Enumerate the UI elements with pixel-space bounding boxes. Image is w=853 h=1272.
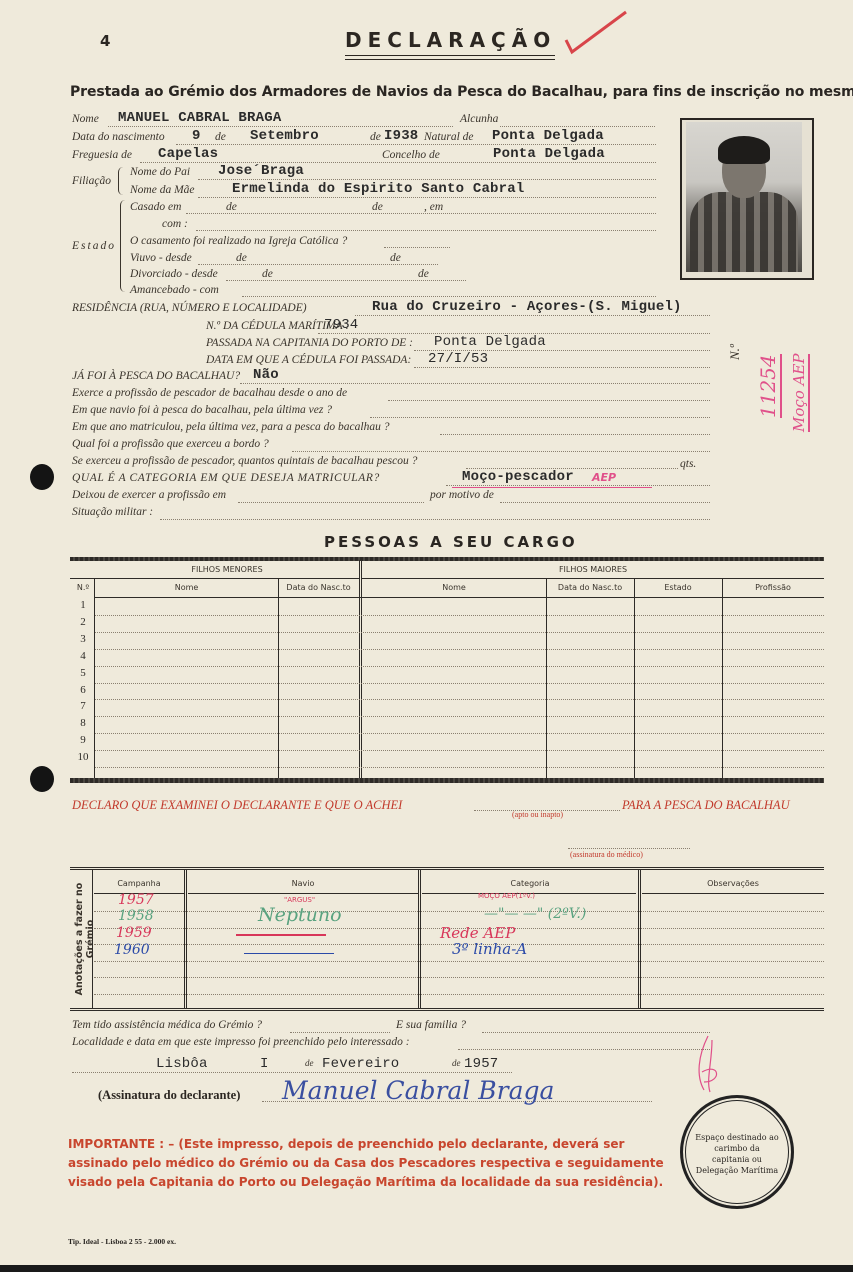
table-row[interactable] [95, 683, 824, 684]
freguesia-label: Freguesia de [72, 149, 132, 161]
nascimento-mes[interactable]: Setembro [250, 128, 319, 144]
assistencia-label: Tem tido assistência médica do Grémio ? [72, 1019, 262, 1031]
navio-cell: "ARGUS" [284, 896, 315, 904]
cedula-field[interactable]: 7934 [324, 317, 358, 333]
table-row[interactable] [95, 716, 824, 717]
mes-field[interactable]: Fevereiro [322, 1056, 399, 1072]
col-header: Navio [188, 879, 418, 888]
punch-hole [30, 464, 54, 490]
row-number: 5 [72, 667, 94, 679]
de-label: de [262, 268, 273, 280]
row-number: 7 [72, 700, 94, 712]
exerce-field[interactable] [388, 400, 710, 401]
ano-field[interactable] [440, 434, 710, 435]
com-label: com : [162, 218, 188, 230]
medico-signature-field[interactable] [568, 848, 690, 849]
col-header: Data do Nasc.to [278, 583, 359, 592]
capitania-field[interactable]: Ponta Delgada [434, 334, 546, 350]
de-label: de [236, 252, 247, 264]
declarant-signature: Manuel Cabral Braga [282, 1076, 554, 1105]
col-header: Profissão [722, 583, 824, 592]
quintais-unit: qts. [680, 458, 696, 470]
estado-label: Estado [72, 240, 116, 252]
alcunha-field[interactable] [500, 126, 655, 127]
divorciado-field[interactable] [226, 280, 466, 281]
igreja-field[interactable] [384, 247, 450, 248]
de-label: de [452, 1058, 461, 1068]
categoria-text: MOÇO AEP(1ºV.) [478, 892, 535, 900]
militar-field[interactable] [160, 519, 710, 520]
ano-label: Em que ano matriculou, pela última vez, … [72, 421, 390, 433]
amancebado-label: Amancebado - com [130, 284, 219, 296]
de-label: de [372, 201, 383, 213]
localidade-field[interactable]: Lisbôa [156, 1056, 208, 1072]
categoria-cell: —"— —" (2ºV.) [484, 906, 586, 922]
categoria-field[interactable]: Moço-pescador [462, 469, 574, 485]
familia-label: E sua familia ? [396, 1019, 466, 1031]
pai-label: Nome do Pai [130, 166, 190, 178]
menores-header: FILHOS MENORES [95, 565, 359, 574]
viuvo-field[interactable] [198, 264, 438, 265]
concelho-field[interactable]: Ponta Delgada [493, 146, 605, 162]
stamp-text: Espaço destinado ao carimbo da capitania… [695, 1132, 779, 1176]
page-number: 4 [100, 32, 110, 50]
navio-label: Em que navio foi à pesca do bacalhau, pe… [72, 404, 332, 416]
alcunha-label: Alcunha [460, 113, 498, 125]
ditto-line [244, 953, 334, 954]
dia-field[interactable]: I [260, 1056, 269, 1072]
assistencia-field[interactable] [290, 1032, 390, 1033]
familia-field[interactable] [482, 1032, 710, 1033]
numero-label: N.º [727, 344, 742, 360]
table-row[interactable] [95, 750, 824, 751]
concelho-label: Concelho de [382, 149, 440, 161]
categoria-cell: 3º linha-A [452, 940, 527, 958]
row-number: 9 [72, 734, 94, 746]
de-label: de [418, 268, 429, 280]
profissao-field[interactable] [292, 451, 710, 452]
com-field[interactable] [196, 230, 656, 231]
data-cedula-label: DATA EM QUE A CÉDULA FOI PASSADA: [206, 354, 411, 366]
col-header: N.º [72, 583, 94, 592]
importante-note: IMPORTANTE : – (Este impresso, depois de… [68, 1135, 688, 1192]
nome-field[interactable]: MANUEL CABRAL BRAGA [118, 110, 281, 126]
quintais-label: Se exerceu a profissão de pescador, quan… [72, 455, 417, 467]
maiores-header: FILHOS MAIORES [362, 565, 824, 574]
viuvo-label: Viuvo - desde [130, 252, 192, 264]
anotacao-row[interactable] [94, 977, 824, 978]
divorciado-label: Divorciado - desde [130, 268, 218, 280]
col-header: Observações [642, 879, 824, 888]
table-top-border [70, 557, 824, 561]
row-number: 2 [72, 616, 94, 628]
categoria-label: QUAL É A CATEGORIA EM QUE DESEJA MATRICU… [72, 472, 380, 484]
table-bottom-border [70, 778, 824, 783]
nascimento-label: Data do nascimento [72, 131, 165, 143]
row-number: 6 [72, 684, 94, 696]
row-number: 4 [72, 650, 94, 662]
table-row[interactable] [95, 632, 824, 633]
anot-bottom-border [70, 1008, 824, 1011]
apto-hint: (apto ou inapto) [512, 810, 563, 819]
title-underline [345, 55, 555, 60]
ja-foi-label: JÁ FOI À PESCA DO BACALHAU? [72, 370, 240, 382]
para-text: PARA A PESCA DO BACALHAU [622, 798, 790, 813]
row-number: 10 [72, 751, 94, 763]
table-row[interactable] [95, 666, 824, 667]
punch-hole [30, 766, 54, 792]
page-title: DECLARAÇÃO [345, 28, 556, 52]
campanha-cell: 1960 [114, 942, 150, 958]
deixou-label: Deixou de exercer a profissão em [72, 489, 226, 501]
em-label: , em [424, 201, 443, 213]
pink-scribble-icon [690, 1032, 730, 1096]
de-label: de [370, 131, 381, 143]
nascimento-dia[interactable]: 9 [192, 128, 201, 144]
col-header: Nome [362, 583, 546, 592]
categoria-annotation: AEP [592, 471, 616, 484]
militar-label: Situação militar : [72, 506, 153, 518]
assinatura-medico-hint: (assinatura do médico) [570, 850, 643, 859]
campanha-cell: 1958 [118, 908, 154, 924]
localidade-label: Localidade e data em que este impresso f… [72, 1036, 410, 1048]
categoria-cell: MOÇO AEP(1ºV.) [478, 892, 535, 900]
ano-field[interactable]: 1957 [464, 1056, 498, 1072]
table-row[interactable] [95, 733, 824, 734]
data-cedula-field[interactable]: 27/I/53 [428, 351, 488, 367]
freguesia-field[interactable]: Capelas [158, 146, 218, 162]
de-label: de [390, 252, 401, 264]
row-number: 8 [72, 717, 94, 729]
de-label: de [305, 1058, 314, 1068]
residencia-field[interactable]: Rua do Cruzeiro - Açores-(S. Miguel) [372, 299, 682, 315]
side-category: Moço AEP [790, 354, 810, 432]
nome-label: Nome [72, 113, 99, 125]
pink-underline [452, 487, 652, 488]
natural-field[interactable]: Ponta Delgada [492, 128, 604, 144]
motivo-field[interactable] [500, 502, 710, 503]
side-annotation: N.º [726, 220, 746, 360]
navio-cell: Neptuno [258, 904, 342, 926]
campanha-cell: 1957 [118, 892, 154, 908]
natural-label: Natural de [424, 131, 474, 143]
amancebado-field[interactable] [242, 296, 656, 297]
nascimento-ano[interactable]: I938 [384, 128, 418, 144]
importante-head: IMPORTANTE : – [68, 1137, 174, 1151]
mae-label: Nome da Mãe [130, 184, 195, 196]
table-row[interactable] [95, 615, 824, 616]
pai-field[interactable]: Jose´Braga [218, 163, 304, 179]
igreja-label: O casamento foi realizado na Igreja Cató… [130, 235, 347, 247]
mae-field[interactable]: Ermelinda do Espirito Santo Cabral [232, 181, 524, 197]
form-subtitle: Prestada ao Grémio dos Armadores de Navi… [70, 84, 853, 100]
table-row[interactable] [95, 699, 824, 700]
stamp-area: Espaço destinado ao carimbo da capitania… [680, 1095, 794, 1209]
de-label: de [226, 201, 237, 213]
filiacao-label: Filiação [72, 175, 111, 187]
anotacoes-side-label: Anotações a fazer no Grémio [74, 868, 88, 1010]
profissao-label: Qual foi a profissão que exerceu a bordo… [72, 438, 269, 450]
col-header: Campanha [94, 879, 184, 888]
anotacao-row[interactable] [94, 994, 824, 995]
ja-foi-field[interactable]: Não [253, 367, 279, 383]
anotacao-row[interactable] [94, 961, 824, 962]
side-number: 11254 [756, 354, 782, 418]
exerce-label: Exerce a profissão de pescador de bacalh… [72, 387, 347, 399]
assinatura-label: (Assinatura do declarante) [98, 1088, 240, 1103]
de-label: de [215, 131, 226, 143]
anotacao-row[interactable] [94, 911, 824, 912]
printer-credit: Tip. Ideal - Lisboa 2 55 - 2.000 ex. [68, 1237, 176, 1246]
declaration-form: 4 DECLARAÇÃO Prestada ao Grémio dos Arma… [0, 0, 853, 1265]
casado-field[interactable] [186, 213, 656, 214]
col-header: Nome [95, 583, 278, 592]
motivo-label: por motivo de [430, 489, 494, 501]
col-header: Estado [634, 583, 722, 592]
row-number: 3 [72, 633, 94, 645]
navio-field[interactable] [370, 417, 710, 418]
col-header: Data do Nasc.to [546, 583, 634, 592]
residencia-label: RESIDÊNCIA (RUA, NÚMERO E LOCALIDADE) [72, 302, 307, 314]
casado-label: Casado em [130, 201, 181, 213]
table-row[interactable] [95, 767, 824, 768]
ditto-line [236, 934, 326, 936]
table-row[interactable] [95, 649, 824, 650]
capitania-label: PASSADA NA CAPITANIA DO PORTO DE : [206, 337, 413, 349]
deixou-field[interactable] [238, 502, 424, 503]
col-header: Categoria [422, 879, 638, 888]
checkmark-icon [560, 8, 630, 58]
pessoas-title: PESSOAS A SEU CARGO [324, 533, 578, 551]
row-number: 1 [72, 599, 94, 611]
declaro-text: DECLARO QUE EXAMINEI O DECLARANTE E QUE … [72, 798, 402, 813]
campanha-cell: 1959 [116, 925, 152, 941]
